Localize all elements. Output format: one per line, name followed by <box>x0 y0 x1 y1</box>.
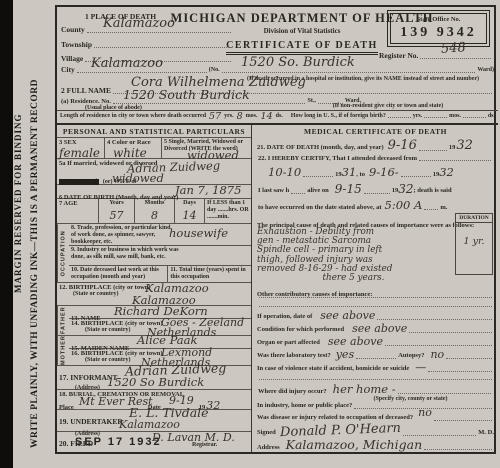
date-of-death-row: 21. DATE OF DEATH (month, day, and year)… <box>256 137 495 152</box>
organ-line <box>385 343 492 346</box>
to-year-value: 32 <box>439 167 454 179</box>
injury-row: Where did injury occur? her home - (Spec… <box>256 382 495 401</box>
operation-line <box>377 317 492 320</box>
occupation-related-row: Was disease or injury related to occupat… <box>256 411 495 423</box>
last-saw-label: I last saw h <box>258 187 289 194</box>
time-line <box>424 207 438 210</box>
state-office-number: 139 9342 <box>391 25 486 41</box>
date-of-birth-value: Jan 7, 1875 <box>175 185 241 197</box>
violence-row: In case of violence state if accident, h… <box>256 361 495 374</box>
last-saw-year-value: 32 <box>398 183 413 195</box>
trade-label: 8. Trade, profession, or particular kind… <box>71 225 176 247</box>
township-row: Township <box>61 40 233 49</box>
if-less-label: If LESS than 1 day .......hrs. OR ......… <box>207 200 249 222</box>
injury-value: her home - <box>333 384 396 396</box>
age-days-cell: Days 14 <box>175 199 205 223</box>
violence-line <box>428 369 492 372</box>
age-label: 7 AGE <box>59 200 96 207</box>
informant-row: 17. INFORMANT (Address) Adrian Zuidweg 1… <box>57 366 251 390</box>
length-yrs-label: yrs. <box>224 113 234 120</box>
scanned-death-certificate: MARGIN RESERVED FOR BINDING WRITE PLAINL… <box>0 0 500 468</box>
age-months-value: 8 <box>137 210 172 221</box>
spouse-row: 5a If married, widowed or divorced HUSBA… <box>57 159 251 185</box>
occupation-block: OCCUPATION 8. Trade, profession, or part… <box>57 224 251 283</box>
township-label: Township <box>61 40 92 49</box>
dod-year-prefix: 19 <box>449 144 456 151</box>
certify-line <box>419 158 491 161</box>
mother-name-value: Alice Paak <box>137 335 197 347</box>
sex-value: female <box>59 147 100 159</box>
signed-row: Signed Donald P. O'Hearn M. D. <box>256 423 495 438</box>
sex-race-marital-row: 3 SEX female 4 Color or Race white 5 Sin… <box>57 138 251 159</box>
days-label: Days <box>177 200 202 207</box>
duration-value: 1 yr. <box>456 237 492 247</box>
county-value: Kalamazoo <box>103 17 175 30</box>
condition-value: see above <box>352 323 407 334</box>
death-said-label: ; death is said <box>414 187 452 194</box>
dod-year-value: 32 <box>456 139 473 152</box>
sex-cell: 3 SEX female <box>57 138 105 158</box>
undertaker-label: 19. UNDERTAKER <box>59 417 123 426</box>
physician-address-line <box>424 447 492 450</box>
length-of-residence-row: Length of residence in city or town wher… <box>57 110 498 123</box>
margin-note-permanent-record: WRITE PLAINLY, WITH UNFADING INK—THIS IS… <box>30 88 40 448</box>
age-years-value: 57 <box>101 210 132 221</box>
last-saw-line-2 <box>364 191 390 194</box>
autopsy-line <box>446 356 492 359</box>
condition-line <box>409 330 492 333</box>
state-office-number-box: State Office No. 139 9342 <box>387 10 490 47</box>
to-label: , to <box>356 171 365 178</box>
total-time-cell: 11. Total time (years) spent in this occ… <box>168 266 251 282</box>
signed-label: Signed <box>257 429 276 436</box>
md-label: M. D. <box>478 429 494 436</box>
certify-label: 22. I HEREBY CERTIFY, That I attended de… <box>258 155 417 162</box>
attended-to-value: 9-16- <box>369 167 399 179</box>
occupation-related-value: no <box>418 407 432 418</box>
certify-row: 22. I HEREBY CERTIFY, That I attended de… <box>256 153 495 181</box>
father-block: FATHER 13. NAME Richard DeKorn 14. BIRTH… <box>57 306 251 336</box>
medical-certificate-column: MEDICAL CERTIFICATE OF DEATH 21. DATE OF… <box>252 125 498 452</box>
howlong-line-3 <box>463 115 486 118</box>
violence-value: — <box>415 362 426 373</box>
length-mos-label: mos. <box>246 113 258 120</box>
injury-label: Where did injury occur? <box>258 388 327 395</box>
death-time-value: 5:00 A <box>385 200 423 212</box>
physician-address-value: Kalamazoo, Michigan <box>286 439 422 452</box>
last-saw-line-1 <box>291 191 305 194</box>
to-line <box>401 174 431 177</box>
last-saw-row: I last saw h alive on 9-15 19 32 ; death… <box>256 181 495 213</box>
cause-of-death-area: DURATION 1 yr. Exhaustion - Debility fro… <box>256 226 495 284</box>
operation-value: see above <box>320 310 375 321</box>
register-number-row: Register No. 548 <box>379 51 493 60</box>
how-long-us-label: How long in U. S., if of foreign birth? <box>291 113 386 120</box>
personal-section-title: PERSONAL AND STATISTICAL PARTICULARS <box>57 125 251 138</box>
age-years-cell: Years 57 <box>99 199 135 223</box>
registrar-label: Registrar. <box>192 442 217 449</box>
attended-from-value: 10-10 <box>268 167 301 179</box>
blank-dotted-line-1 <box>259 295 492 298</box>
spouse-status-value: widowed <box>112 173 164 185</box>
lab-test-value: yes <box>336 349 354 360</box>
medical-section-title: MEDICAL CERTIFICATE OF DEATH <box>256 125 495 137</box>
industry-place-label: In industry, home or public place? <box>257 402 352 409</box>
length-years-value: 57 <box>209 112 221 122</box>
date-of-death-value: 9-16 <box>388 139 417 152</box>
father-vertical-label: FATHER <box>57 306 69 335</box>
condition-row: Condition for which performed see above <box>256 322 495 335</box>
total-time-label: 11. Total time (years) spent in this occ… <box>170 267 249 281</box>
register-number-value: 548 <box>441 41 467 56</box>
length-ds-label: ds. <box>276 113 283 120</box>
husband-of-label-struck: HUSBAND of <box>59 179 99 185</box>
city-label: City <box>61 65 75 74</box>
duration-label: DURATION <box>456 214 492 223</box>
industry-row: 9. Industry or business in which work wa… <box>69 246 251 266</box>
birthplace-row: 12. BIRTHPLACE (city or town) (State or … <box>57 283 251 306</box>
undertaker-row: 19. UNDERTAKER (Address) E. L. Tivdale K… <box>57 410 251 432</box>
undertaker-address-value: Kalamazoo <box>119 419 180 430</box>
township-ruled-line <box>94 45 231 48</box>
age-months-cell: Months 8 <box>135 199 175 223</box>
street-no-label: (No. <box>209 67 220 74</box>
howlong-line-2 <box>424 115 447 118</box>
ward-label: Ward) <box>477 67 494 74</box>
main-columns: PERSONAL AND STATISTICAL PARTICULARS 3 S… <box>57 123 498 452</box>
filed-row: 20. FILED SEP 17 1932 D. Lavan M. D. Reg… <box>57 432 251 452</box>
city-row: City (No. Ward) Kalamazoo 1520 So. Burdi… <box>61 65 494 74</box>
county-row: County Kalamazoo <box>61 25 233 34</box>
howlong-mos-label: mos. <box>449 113 461 120</box>
occupation-vertical-label: OCCUPATION <box>57 224 69 282</box>
injury-line <box>398 391 491 394</box>
occupation-related-line <box>434 418 492 421</box>
operation-label: If operation, date of <box>257 313 312 320</box>
autopsy-label: Autopsy? <box>398 352 424 359</box>
age-row: 7 AGE Years 57 Months 8 Days 14 <box>57 199 251 224</box>
personal-statistical-column: PERSONAL AND STATISTICAL PARTICULARS 3 S… <box>57 125 252 452</box>
certificate-title: CERTIFICATE OF DEATH <box>226 40 378 55</box>
occupation-rows: 8. Trade, profession, or particular kind… <box>69 224 251 282</box>
violence-label: In case of violence state if accident, h… <box>257 365 409 372</box>
last-work-label: 10. Date deceased last work at this occu… <box>71 267 165 281</box>
if-less-cell: If LESS than 1 day .......hrs. OR ......… <box>205 199 251 223</box>
operation-row: If operation, date of see above <box>256 309 495 322</box>
date-of-death-label: 21. DATE OF DEATH (month, day, and year) <box>257 144 384 151</box>
last-work-cell: 10. Date deceased last work at this occu… <box>69 266 168 282</box>
city-value: Kalamazoo <box>91 57 163 70</box>
lab-test-row: Was there laboratory test? yes Autopsy? … <box>256 348 495 361</box>
blank-dotted-line-2 <box>259 304 492 307</box>
lab-test-line <box>356 356 396 359</box>
industry-label: 9. Industry or business in which work wa… <box>71 247 181 261</box>
race-value: white <box>113 147 147 159</box>
years-label: Years <box>101 200 132 207</box>
trade-row: 8. Trade, profession, or particular kind… <box>69 224 251 246</box>
from-year-value: 31 <box>342 167 357 179</box>
binding-edge-strip <box>0 0 13 468</box>
howlong-line-1 <box>388 115 411 118</box>
from-line <box>303 174 333 177</box>
street-value: 1520 So. Burdick <box>241 56 355 69</box>
duration-box: DURATION 1 yr. <box>455 213 493 275</box>
last-work-total-time-row: 10. Date deceased last work at this occu… <box>69 266 251 282</box>
race-cell: 4 Color or Race white <box>105 138 162 158</box>
residence-value: 1520 South Burdick <box>123 89 250 102</box>
last-saw-date-value: 9-15 <box>335 183 362 195</box>
alive-on-label: alive on <box>307 187 329 194</box>
date-of-birth-row: 6 DATE OF BIRTH (Month, day and year) Ja… <box>57 185 251 199</box>
length-months-value: 8 <box>237 112 243 122</box>
age-label-cell: 7 AGE <box>57 199 99 223</box>
howlong-yrs-label: yrs. <box>413 113 423 120</box>
marital-cell: 5 Single, Married, Widowed or Divorced (… <box>162 138 251 158</box>
trade-value: housewife <box>169 228 228 240</box>
full-name-label: 2 FULL NAME <box>61 86 111 95</box>
street-ruled-line <box>222 70 476 73</box>
length-of-residence-label: Length of residence in city or town wher… <box>60 113 206 120</box>
mother-name-row: 15. MAIDEN NAME Alice Paak <box>69 336 251 349</box>
organ-row: Organ or part affected see above <box>256 335 495 348</box>
organ-label: Organ or part affected <box>257 339 320 346</box>
length-days-value: 14 <box>261 112 273 122</box>
register-number-label: Register No. <box>379 51 418 60</box>
organ-value: see above <box>328 336 383 347</box>
industry-place-row: In industry, home or public place? <box>256 401 495 411</box>
condition-label: Condition for which performed <box>257 326 344 333</box>
months-label: Months <box>137 200 172 207</box>
certificate-form: 1 PLACE OF DEATH MICHIGAN DEPARTMENT OF … <box>55 5 496 454</box>
state-office-label: State Office No. <box>391 16 486 23</box>
physician-address-label: Address <box>257 444 280 451</box>
blank-dotted-line-3 <box>259 377 492 380</box>
margin-note-binding: MARGIN RESERVED FOR BINDING <box>13 78 23 328</box>
autopsy-value: no <box>430 349 444 360</box>
informant-address-value: 1520 So Burdick <box>107 377 204 389</box>
father-rows: 13. NAME Richard DeKorn 14. BIRTHPLACE (… <box>69 306 251 335</box>
age-days-value: 14 <box>177 210 202 221</box>
occurred-label: to have occurred on the date stated abov… <box>258 204 382 211</box>
dod-line <box>419 148 447 151</box>
register-ruled-line <box>420 56 491 59</box>
mother-vertical-label: MOTHER <box>57 336 69 365</box>
cause-line-6: there 5 years. <box>257 274 450 283</box>
county-label: County <box>61 25 85 34</box>
physician-address-row: Address Kalamazoo, Michigan <box>256 438 495 453</box>
filed-date-stamp: SEP 17 1932 <box>75 436 162 448</box>
lab-test-label: Was there laboratory test? <box>257 352 331 359</box>
contributory-row: Other contributory causes of importance: <box>256 283 495 292</box>
m-label: m. <box>440 204 447 211</box>
village-label: Village <box>61 54 83 63</box>
howlong-ds-label: ds. <box>488 113 495 120</box>
signed-line <box>403 433 477 436</box>
